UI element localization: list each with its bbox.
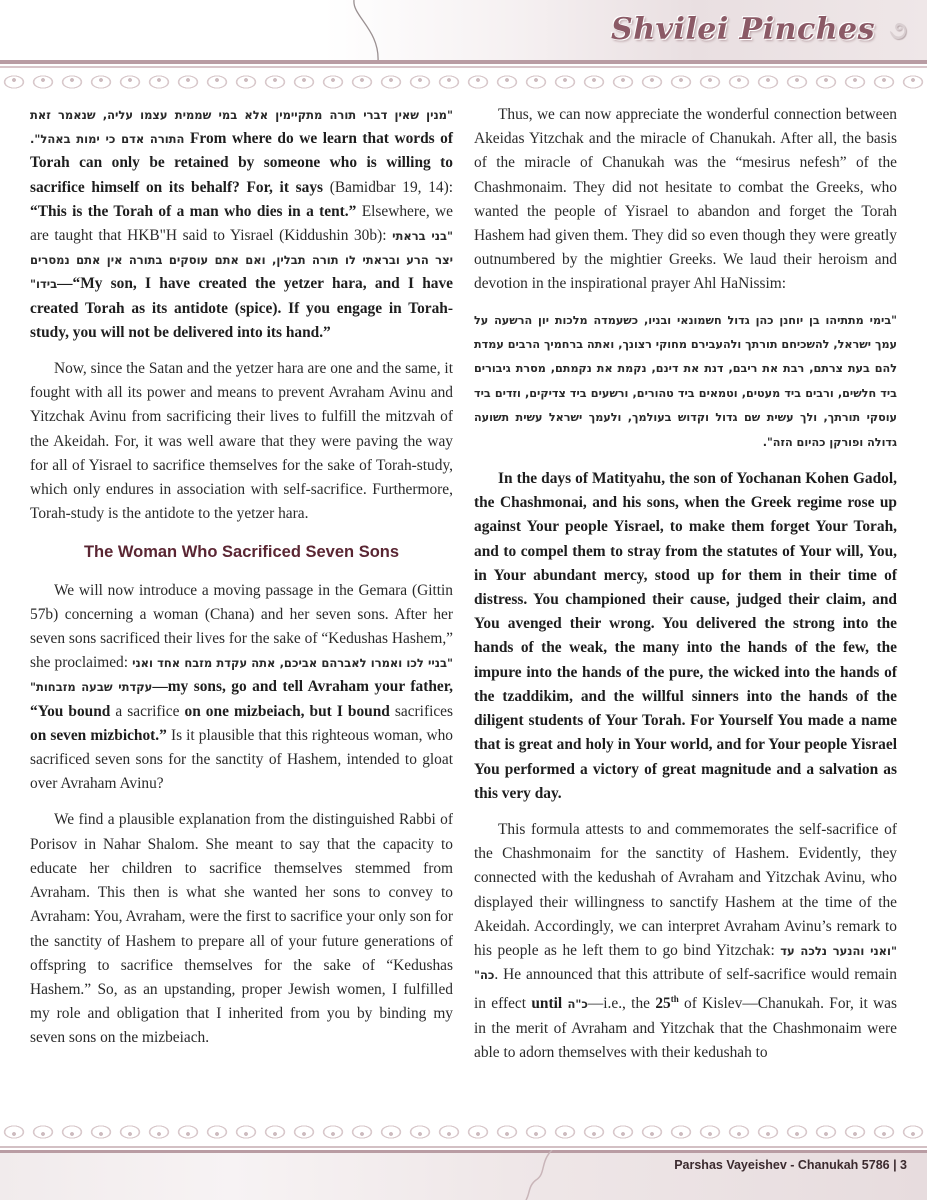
paragraph: "מנין שאין דברי תורה מתקיימין אלא במי שמ… — [30, 103, 453, 345]
running-footer: Parshas Vayeishev - Chanukah 5786 | 3 — [674, 1158, 907, 1172]
ornamental-swirl-icon: ૭ — [889, 16, 907, 47]
header-curve-decoration — [330, 0, 390, 64]
footer-ornament-border — [0, 1122, 927, 1144]
bold-text: on one mizbeiach, but I bound — [185, 703, 390, 720]
body-text: This formula attests to and commemorates… — [474, 821, 897, 959]
footer-rule-thin — [0, 1146, 927, 1148]
hebrew-prayer-block: "בימי מתתיהו בן יוחנן כהן גדול חשמונאי ו… — [474, 309, 897, 455]
bold-text: on seven mizbichot.” — [30, 727, 167, 744]
header-ornament-border — [0, 70, 927, 92]
paragraph: Thus, we can now appreciate the wonderfu… — [474, 103, 897, 297]
header-rule — [0, 60, 927, 64]
header-rule-thin — [0, 66, 927, 68]
section-heading: The Woman Who Sacrificed Seven Sons — [30, 540, 453, 564]
right-column: Thus, we can now appreciate the wonderfu… — [474, 103, 897, 1077]
source-reference: (Bamidbar 19, 14): — [330, 179, 453, 196]
paragraph: Now, since the Satan and the yetzer hara… — [30, 357, 453, 526]
paragraph: In the days of Matityahu, the son of Yoc… — [474, 467, 897, 806]
paragraph: We will now introduce a moving passage i… — [30, 579, 453, 797]
brand-title: Shvilei Pinches — [611, 12, 875, 47]
bold-translation: In the days of Matityahu, the son of Yoc… — [474, 470, 897, 802]
paragraph: We find a plausible explanation from the… — [30, 808, 453, 1050]
body-text: a sacrifice — [115, 703, 179, 720]
bold-number: 25 — [655, 995, 670, 1012]
body-text: —i.e., the — [588, 995, 650, 1012]
left-column: "מנין שאין דברי תורה מתקיימין אלא במי שמ… — [30, 103, 453, 1063]
bold-text: “This is the Torah of a man who dies in … — [30, 203, 356, 220]
footer-curve-decoration — [510, 1150, 560, 1200]
bold-text: until — [531, 995, 562, 1012]
page-header: Shvilei Pinches ૭ — [0, 0, 927, 100]
body-text: sacrifices — [395, 703, 453, 720]
bold-text: —“My son, I have created the yetzer hara… — [30, 275, 453, 340]
hebrew-date: כ"ה — [567, 997, 587, 1011]
ordinal-suffix: th — [671, 994, 679, 1004]
paragraph: This formula attests to and commemorates… — [474, 818, 897, 1065]
